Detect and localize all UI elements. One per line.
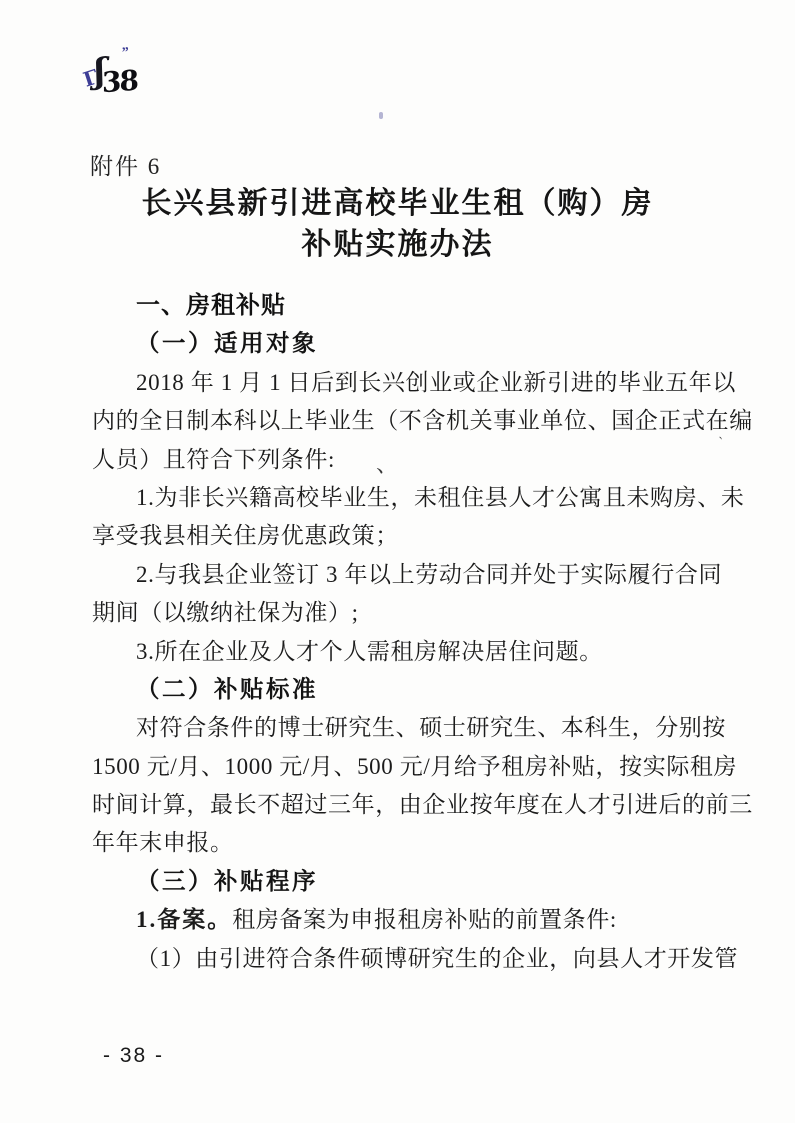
section-heading-rent-subsidy: 一、房租补贴 <box>92 287 740 325</box>
attachment-label: 附件 6 <box>90 148 161 181</box>
page-number: - 38 - <box>103 1044 164 1068</box>
filing-text: 租房备案为申报租房补贴的前置条件: <box>232 907 617 932</box>
body-line: 1500 元/月、1000 元/月、500 元/月给予租房补贴，按实际租房 <box>92 748 740 786</box>
subsection-heading-subsidy-procedure: （三）补贴程序 <box>92 863 740 901</box>
scan-speck <box>379 112 383 119</box>
stray-mark: 、 <box>376 448 398 479</box>
body-line: （1）由引进符合条件硕博研究生的企业，向县人才开发管 <box>92 940 740 978</box>
document-title-line2: 补贴实施办法 <box>0 224 795 265</box>
body-line: 享受我县相关住房优惠政策； <box>92 517 740 555</box>
subsection-heading-subsidy-standard: （二）补贴标准 <box>92 671 740 709</box>
document-title-line1: 长兴县新引进高校毕业生租（购）房 <box>0 183 795 224</box>
body-line: 时间计算，最长不超过三年，由企业按年度在人才引进后的前三 <box>92 786 740 824</box>
body-line: 1.为非长兴籍高校毕业生，未租住县人才公寓且未购房、未 <box>92 479 740 517</box>
body-line: 2018 年 1 月 1 日后到长兴创业或企业新引进的毕业五年以 <box>92 364 740 402</box>
body-line: 内的全日制本科以上毕业生（不含机关事业单位、国企正式在编 <box>92 402 740 440</box>
document-page: Γ ʃ 38 ” 附件 6 长兴县新引进高校毕业生租（购）房 补贴实施办法 一、… <box>0 0 795 1123</box>
body-line: 2.与我县企业签订 3 年以上劳动合同并处于实际履行合同 <box>92 556 740 594</box>
filing-bold-label: 1.备案。 <box>136 907 232 932</box>
body-line: 年年末申报。 <box>92 824 740 862</box>
body-line: 人员）且符合下列条件: <box>92 441 740 479</box>
stamp-tick-mark: ” <box>121 45 129 61</box>
body-line: 对符合条件的博士研究生、硕士研究生、本科生，分别按 <box>92 709 740 747</box>
body-line: 期间（以缴纳社保为准）; <box>92 594 740 632</box>
body-line: 3.所在企业及人才个人需租房解决居住问题。 <box>92 633 740 671</box>
body-line-filing: 1.备案。租房备案为申报租房补贴的前置条件: <box>92 901 740 939</box>
document-body: 一、房租补贴 （一）适用对象 2018 年 1 月 1 日后到长兴创业或企业新引… <box>92 287 740 978</box>
handwritten-stamp: Γ ʃ 38 ” <box>82 50 156 115</box>
document-title: 长兴县新引进高校毕业生租（购）房 补贴实施办法 <box>0 183 795 265</box>
stamp-number: 38 <box>102 64 137 100</box>
subsection-heading-applicable-targets: （一）适用对象 <box>92 325 740 363</box>
